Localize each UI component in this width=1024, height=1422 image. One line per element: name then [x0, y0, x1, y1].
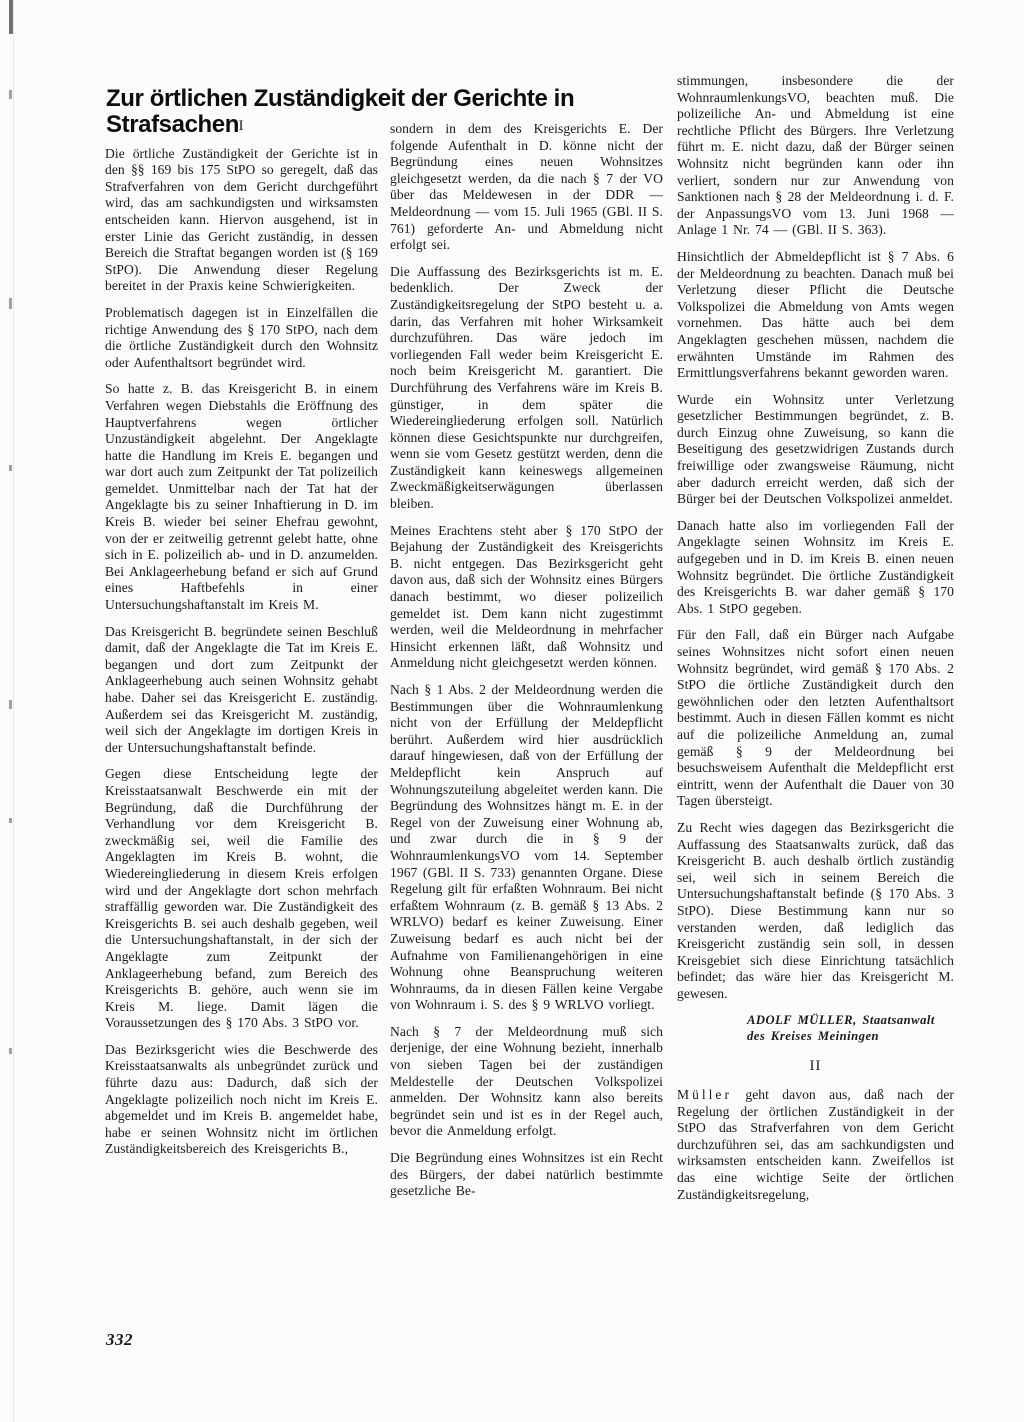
scan-artifact: [9, 465, 12, 471]
paragraph: Danach hatte also im vorliegenden Fall d…: [677, 518, 954, 618]
paragraph: Gegen diese Entscheidung legte der Kreis…: [105, 766, 378, 1032]
paragraph: Die Auffassung des Bezirksgerichts ist m…: [390, 264, 663, 513]
paragraph: Problematisch dagegen ist in Einzelfälle…: [105, 305, 378, 371]
paragraph: Hinsichtlich der Abmeldepflicht ist § 7 …: [677, 249, 954, 382]
paragraph: Das Bezirksgericht wies die Beschwerde d…: [105, 1042, 378, 1158]
column-2: sondern in dem des Kreisgerichts E. Der …: [390, 121, 663, 1210]
column-1: I Die örtliche Zuständigkeit der Gericht…: [105, 118, 378, 1168]
scan-artifact: [9, 298, 12, 309]
column-3: stimmungen, insbesondere die der Wohnrau…: [677, 73, 954, 1213]
scan-artifact: [9, 700, 12, 709]
scan-artifact: [9, 0, 13, 34]
paragraph: Das Kreisgericht B. begründete seinen Be…: [105, 624, 378, 757]
paragraph: Die Begründung eines Wohnsitzes ist ein …: [390, 1150, 663, 1200]
section-heading-1: I: [105, 118, 378, 135]
scan-artifact: [9, 1048, 12, 1054]
scan-artifact: [9, 90, 12, 99]
attribution-line-2: des Kreises Meiningen: [747, 1029, 879, 1043]
section-heading-2: II: [677, 1058, 954, 1075]
paragraph: So hatte z. B. das Kreisgericht B. in ei…: [105, 381, 378, 613]
paragraph: sondern in dem des Kreisgerichts E. Der …: [390, 121, 663, 254]
paragraph: Zu Recht wies dagegen das Bezirksgericht…: [677, 820, 954, 1003]
paragraph: Müller geht davon aus, daß nach der Rege…: [677, 1087, 954, 1203]
paragraph: Nach § 1 Abs. 2 der Meldeordnung werden …: [390, 682, 663, 1014]
paragraph: stimmungen, insbesondere die der Wohnrau…: [677, 73, 954, 239]
paragraph: Nach § 7 der Meldeordnung muß sich derje…: [390, 1024, 663, 1140]
paragraph: Meines Erachtens steht aber § 170 StPO d…: [390, 523, 663, 672]
attribution-line-1: ADOLF MÜLLER, Staatsanwalt: [747, 1013, 935, 1027]
scan-artifact: [9, 818, 12, 823]
paragraph: Wurde ein Wohnsitz unter Verletzung gese…: [677, 392, 954, 508]
closing-text: geht davon aus, daß nach der Regelung de…: [677, 1087, 954, 1202]
page-number: 332: [106, 1330, 133, 1350]
paragraph: Die örtliche Zuständigkeit der Gerichte …: [105, 146, 378, 295]
journal-page: Zur örtlichen Zuständigkeit der Gerichte…: [0, 0, 1024, 1422]
author-name-reference: Müller: [677, 1087, 732, 1102]
scan-edge-line: [13, 0, 14, 1422]
author-attribution: ADOLF MÜLLER, Staatsanwalt des Kreises M…: [747, 1012, 954, 1044]
paragraph: Für den Fall, daß ein Bürger nach Aufgab…: [677, 627, 954, 810]
